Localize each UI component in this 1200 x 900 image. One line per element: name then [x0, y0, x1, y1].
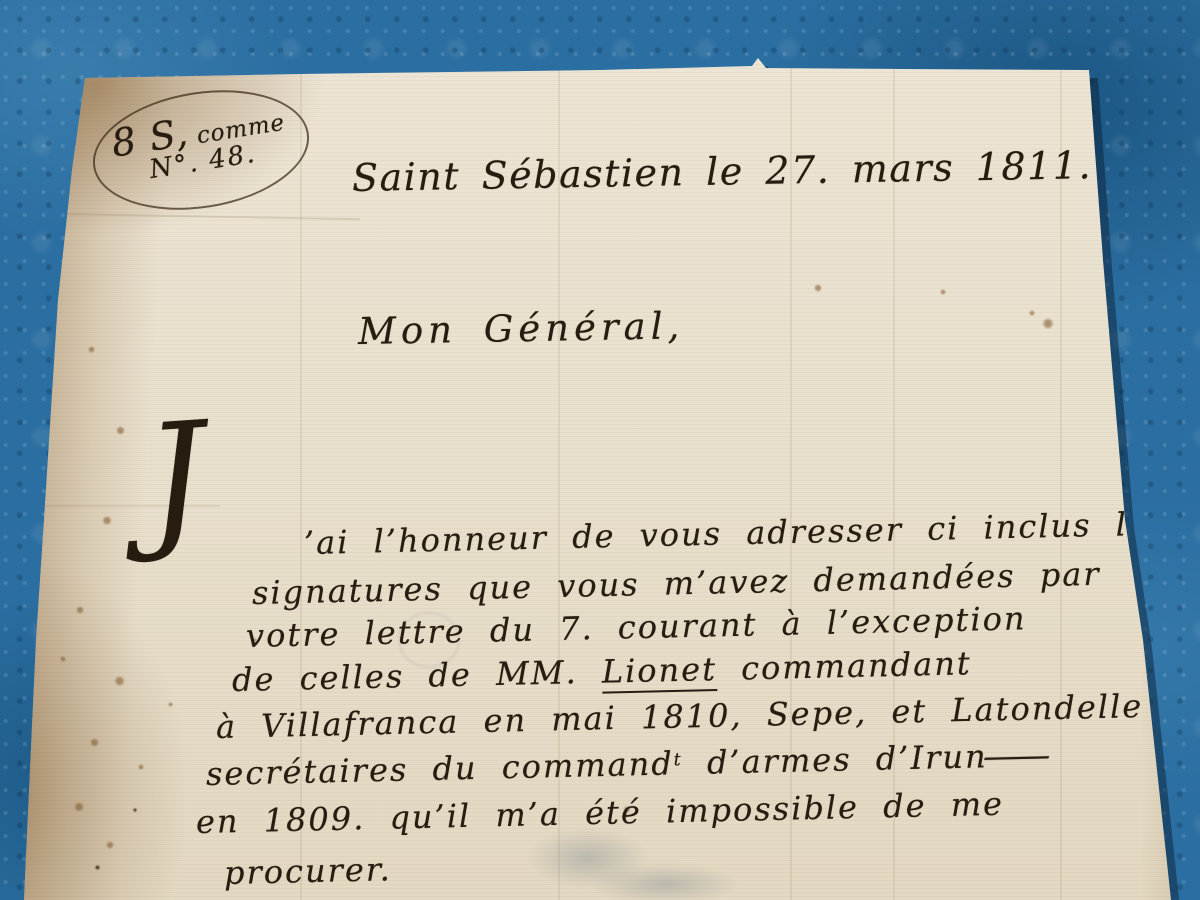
foxing-spot [74, 802, 84, 812]
body-initial-j: J [141, 402, 211, 554]
ink-showthrough [590, 864, 740, 900]
body-line-8: procurer. [224, 850, 393, 892]
foxing-spot [76, 606, 84, 614]
ink-speck [95, 865, 100, 870]
foxing-spot [168, 702, 173, 707]
body-line-4-post: commandant [717, 644, 973, 688]
underlined-name-lionet: Lionet [601, 650, 717, 694]
photo-background: 8 S, comme N°. 48. Saint Sébastien le 27… [0, 0, 1200, 900]
foxing-spot [114, 676, 125, 686]
foxing-spot [102, 516, 112, 525]
foxing-spot [60, 656, 66, 662]
chain-line [1060, 66, 1062, 900]
foxing-spot [814, 284, 822, 292]
body-line-6-post: d’armes d’Irun [682, 737, 988, 782]
foxing-spot [88, 346, 95, 353]
foxing-spot [90, 738, 99, 747]
foxing-spot [106, 841, 114, 849]
salutation: Mon Général, [358, 304, 685, 353]
foxing-spot [940, 289, 946, 295]
foxing-spot [1042, 318, 1054, 329]
ink-speck [133, 808, 137, 812]
letter-paper: 8 S, comme N°. 48. Saint Sébastien le 27… [0, 0, 1200, 900]
superscript-t: t [673, 750, 683, 770]
foxing-spot [1029, 310, 1035, 316]
foxing-spot [116, 426, 125, 435]
flourish-dash: — [981, 736, 1057, 776]
foxing-spot [138, 764, 144, 770]
